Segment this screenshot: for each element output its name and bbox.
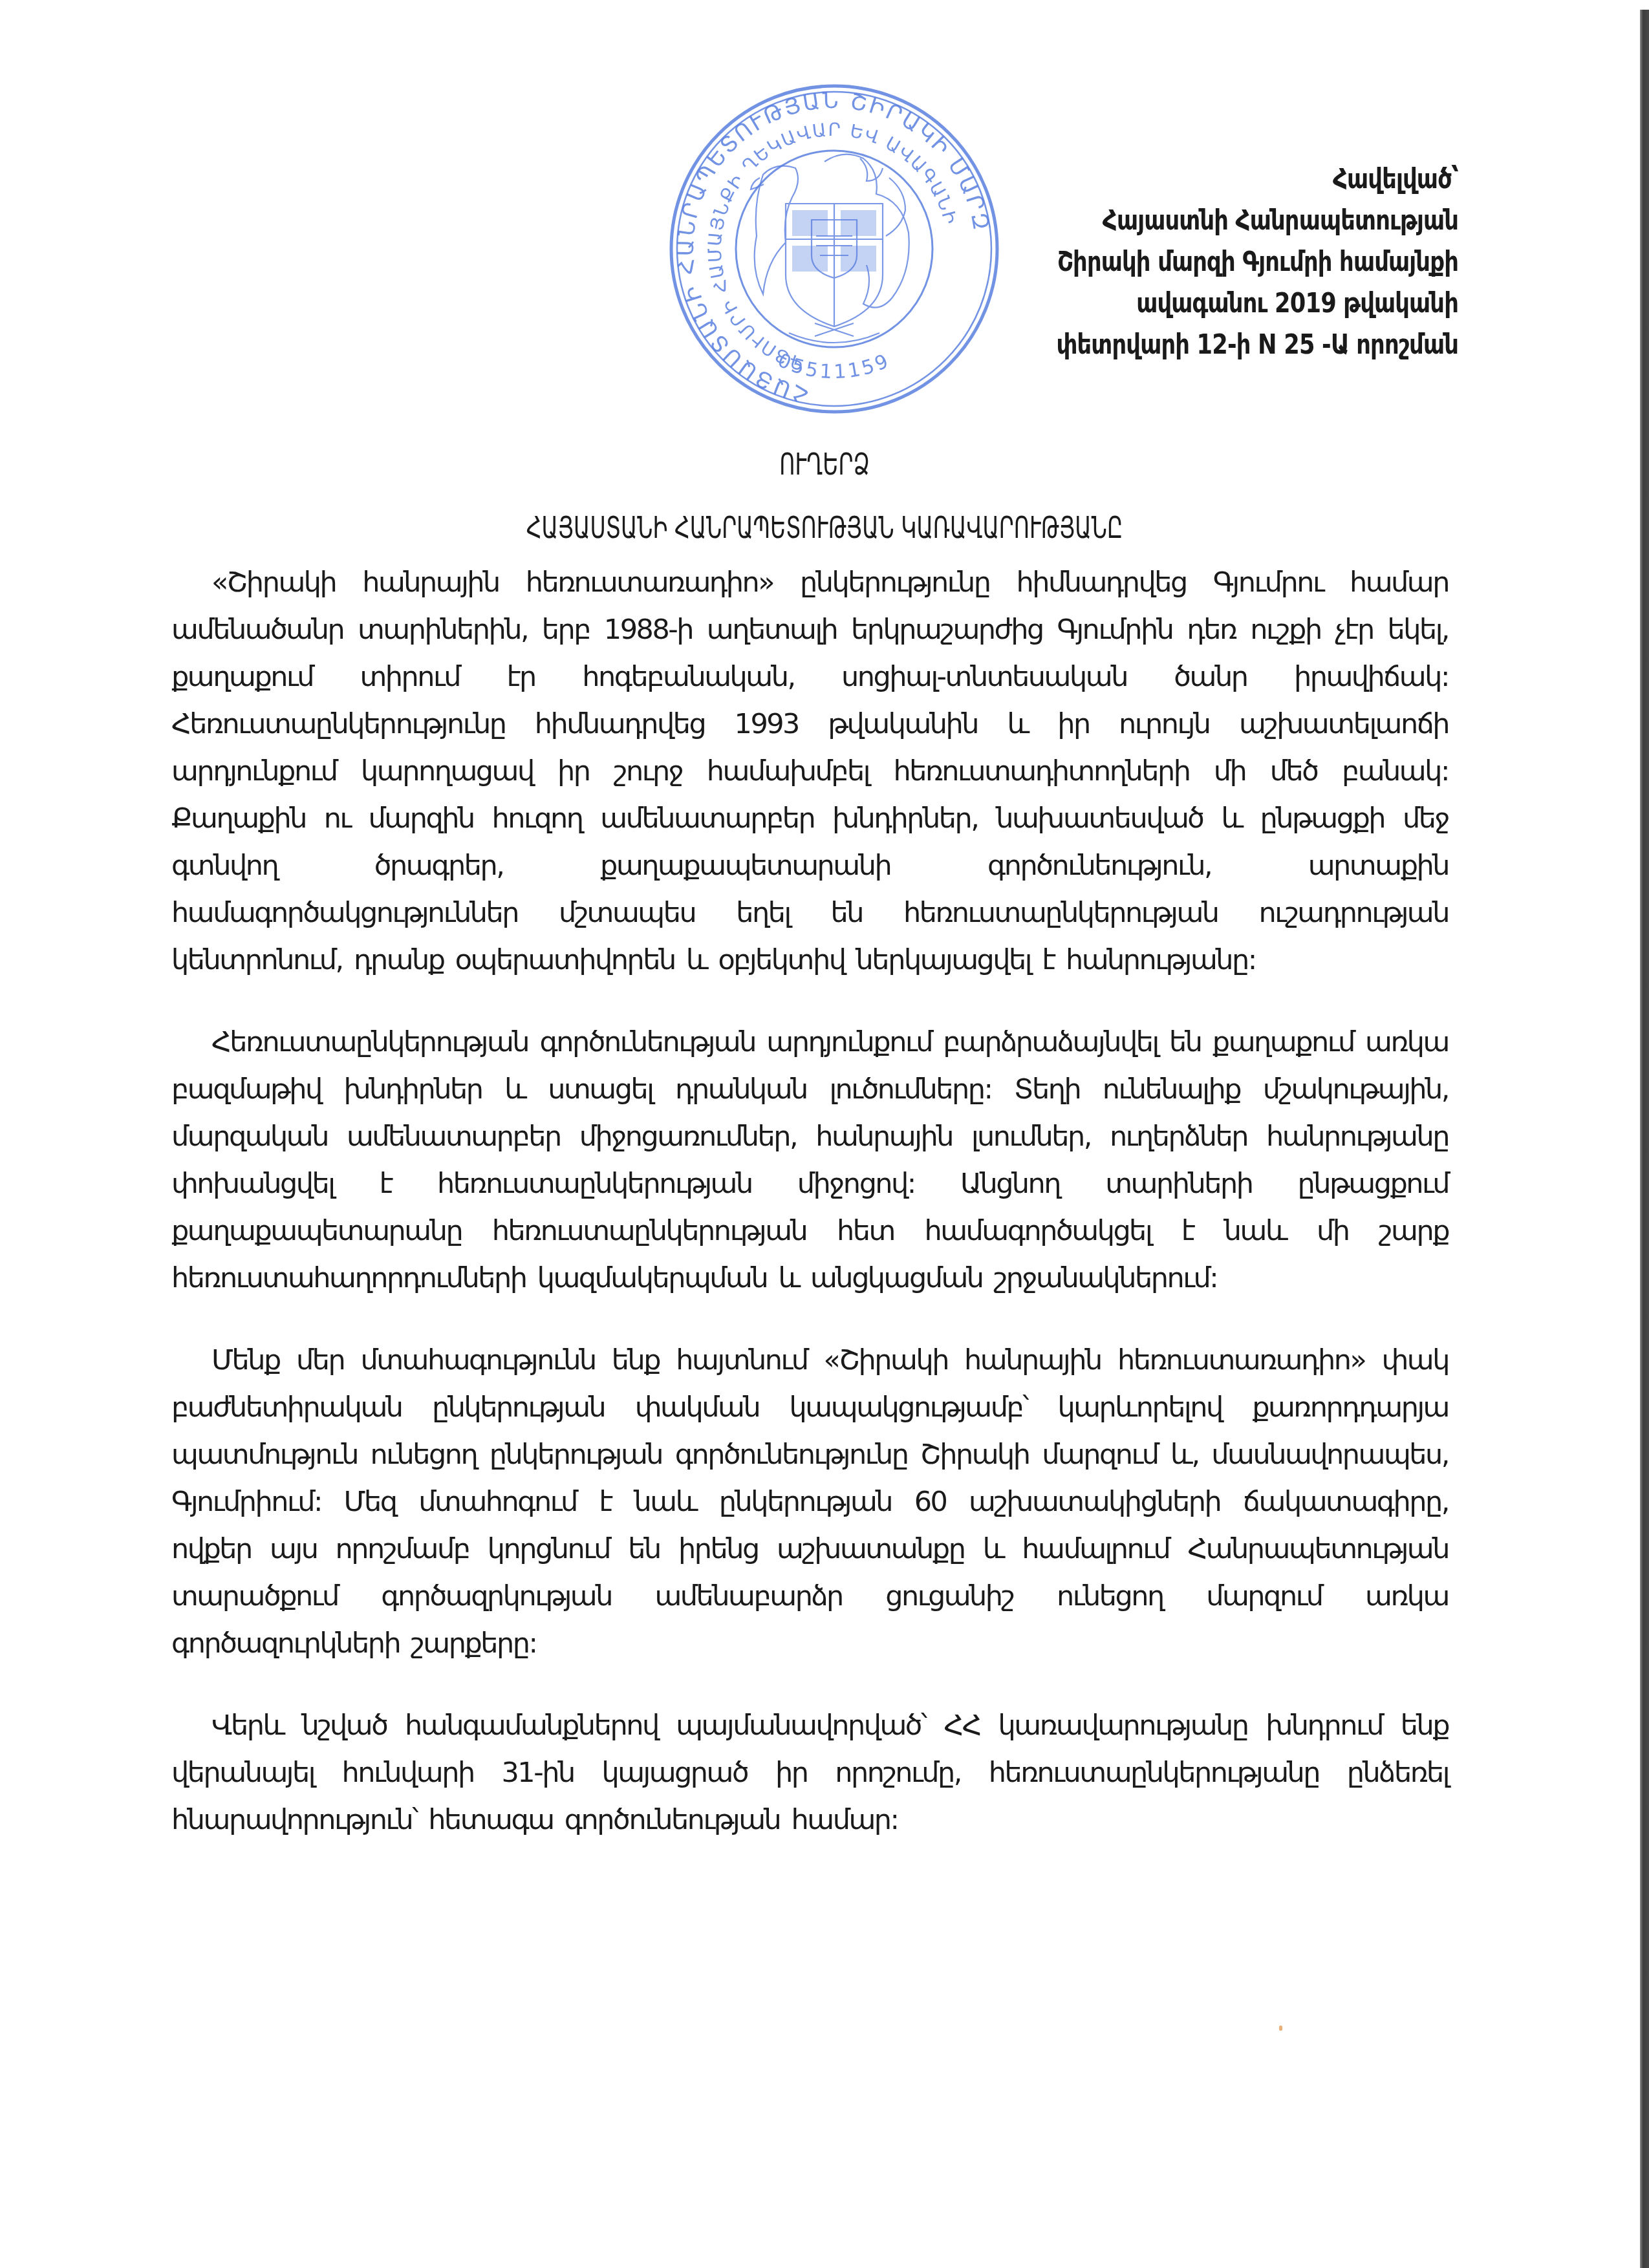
document-body: «Շիրակի հանրային հեռուստառադիո» ընկերութ… bbox=[171, 559, 1449, 1879]
title-line-1: ՈՒՂԵՐՁ bbox=[231, 446, 1418, 482]
scan-speck bbox=[1279, 2026, 1282, 2031]
approval-line-5: փետրվարի 12-ի N 25 -Ա որոշման bbox=[1056, 324, 1458, 365]
scan-edge-shadow bbox=[1640, 10, 1649, 2268]
approval-line-3: Շիրակի մարզի Գյումրի համայնքի bbox=[1056, 241, 1458, 283]
coat-of-arms-icon bbox=[751, 155, 909, 343]
approval-block: Հավելված՝ Հայաստնի Հանրապետության Շիրակի… bbox=[1056, 158, 1458, 365]
approval-line-1: Հավելված՝ bbox=[1056, 158, 1458, 200]
approval-line-4: ավագանու 2019 թվականի bbox=[1056, 283, 1458, 324]
document-title: ՈՒՂԵՐՁ ՀԱՅԱՍՏԱՆԻ ՀԱՆՐԱՊԵՏՈՒԹՅԱՆ ԿԱՌԱՎԱՐՈ… bbox=[0, 446, 1649, 546]
title-line-2: ՀԱՅԱՍՏԱՆԻ ՀԱՆՐԱՊԵՏՈՒԹՅԱՆ ԿԱՌԱՎԱՐՈՒԹՅԱՆԸ bbox=[231, 509, 1418, 546]
official-seal-stamp: ՀԱՅԱՍՏԱՆԻ ՀԱՆՐԱՊԵՏՈՒԹՅԱՆ ՇԻՐԱԿԻ ՄԱՐԶ ԳՅՈ… bbox=[666, 81, 1002, 417]
paragraph-2: Հեռուստաընկերության գործունեության արդյո… bbox=[171, 1019, 1449, 1302]
paragraph-1: «Շիրակի հանրային հեռուստառադիո» ընկերութ… bbox=[171, 559, 1449, 984]
approval-line-2: Հայաստնի Հանրապետության bbox=[1056, 200, 1458, 241]
paragraph-3: Մենք մեր մտահագությունն ենք հայտնում «Շի… bbox=[171, 1337, 1449, 1667]
paragraph-4: Վերև նշված հանգամանքներով պայմանավորված՝… bbox=[171, 1702, 1449, 1844]
